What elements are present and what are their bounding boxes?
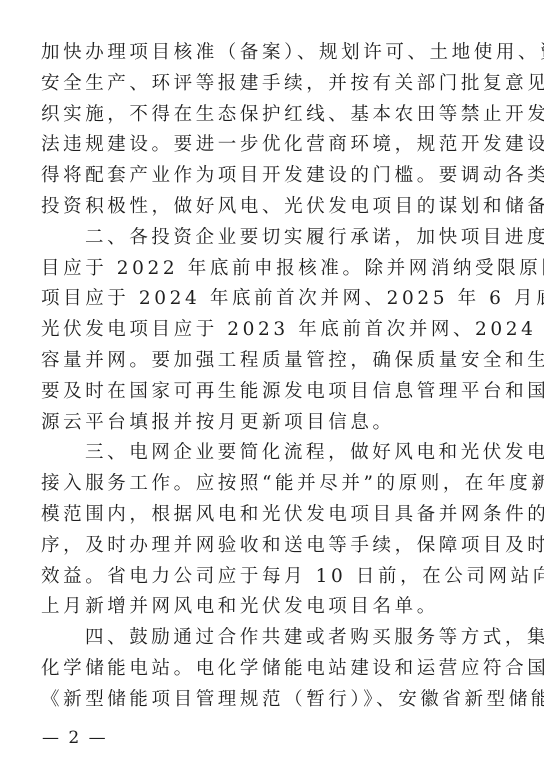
section-four-heading-line: 四、鼓励通过合作共建或者购买服务等方式，集中配置电 xyxy=(41,623,471,654)
text-line: 要及时在国家可再生能源发电项目信息管理平台和国网新能 xyxy=(41,377,471,408)
text-line: 加快办理项目核准（备案）、规划许可、土地使用、资源利用、 xyxy=(41,38,471,69)
text-line: 安全生产、环评等报建手续，并按有关部门批复意见和要求组 xyxy=(41,69,471,100)
section-two-heading-line: 二、各投资企业要切实履行承诺，加快项目进度。风电项 xyxy=(41,223,471,254)
text-line: 模范围内，根据风电和光伏发电项目具备并网条件的先后顺 xyxy=(41,500,471,531)
text-line: 源云平台填报并按月更新项目信息。 xyxy=(41,408,471,439)
text-line: 光伏发电项目应于 2023 年底前首次并网、2024 年 6 月底前全 xyxy=(41,315,471,346)
document-body: 加快办理项目核准（备案）、规划许可、土地使用、资源利用、 安全生产、环评等报建手… xyxy=(41,38,471,716)
text-line: 序，及时办理并网验收和送电等手续，保障项目及时并网发挥 xyxy=(41,531,471,562)
text-line: 效益。省电力公司应于每月 10 日前，在公司网站向社会公布 xyxy=(41,562,471,593)
text-line: 投资积极性，做好风电、光伏发电项目的谋划和储备。 xyxy=(41,192,471,223)
text-line: 上月新增并网风电和光伏发电项目名单。 xyxy=(41,592,471,623)
text-line: 《新型储能项目管理规范（暂行）》、安徽省新型储能专项规划 xyxy=(41,685,471,716)
text-line: 织实施，不得在生态保护红线、基本农田等禁止开发区域内违 xyxy=(41,100,471,131)
section-three-heading-line: 三、电网企业要简化流程，做好风电和光伏发电项目并网 xyxy=(41,438,471,469)
text-line: 法违规建设。要进一步优化营商环境，规范开发建设秩序，不 xyxy=(41,130,471,161)
text-line: 容量并网。要加强工程质量管控，确保质量安全和生产安全。 xyxy=(41,346,471,377)
page-number: — 2 — xyxy=(42,726,108,750)
text-line: 接入服务工作。应按照“能并尽并”的原则，在年度新增并网规 xyxy=(41,469,471,500)
document-page: 加快办理项目核准（备案）、规划许可、土地使用、资源利用、 安全生产、环评等报建手… xyxy=(0,0,544,757)
text-line: 目应于 2022 年底前申报核准。除并网消纳受限原因外，风电 xyxy=(41,254,471,285)
text-line: 项目应于 2024 年底前首次并网、2025 年 6 月底前全容量并网； xyxy=(41,284,471,315)
text-line: 得将配套产业作为项目开发建设的门槛。要调动各类市场主体 xyxy=(41,161,471,192)
text-line: 化学储能电站。电化学储能电站建设和运营应符合国家能源局 xyxy=(41,654,471,685)
